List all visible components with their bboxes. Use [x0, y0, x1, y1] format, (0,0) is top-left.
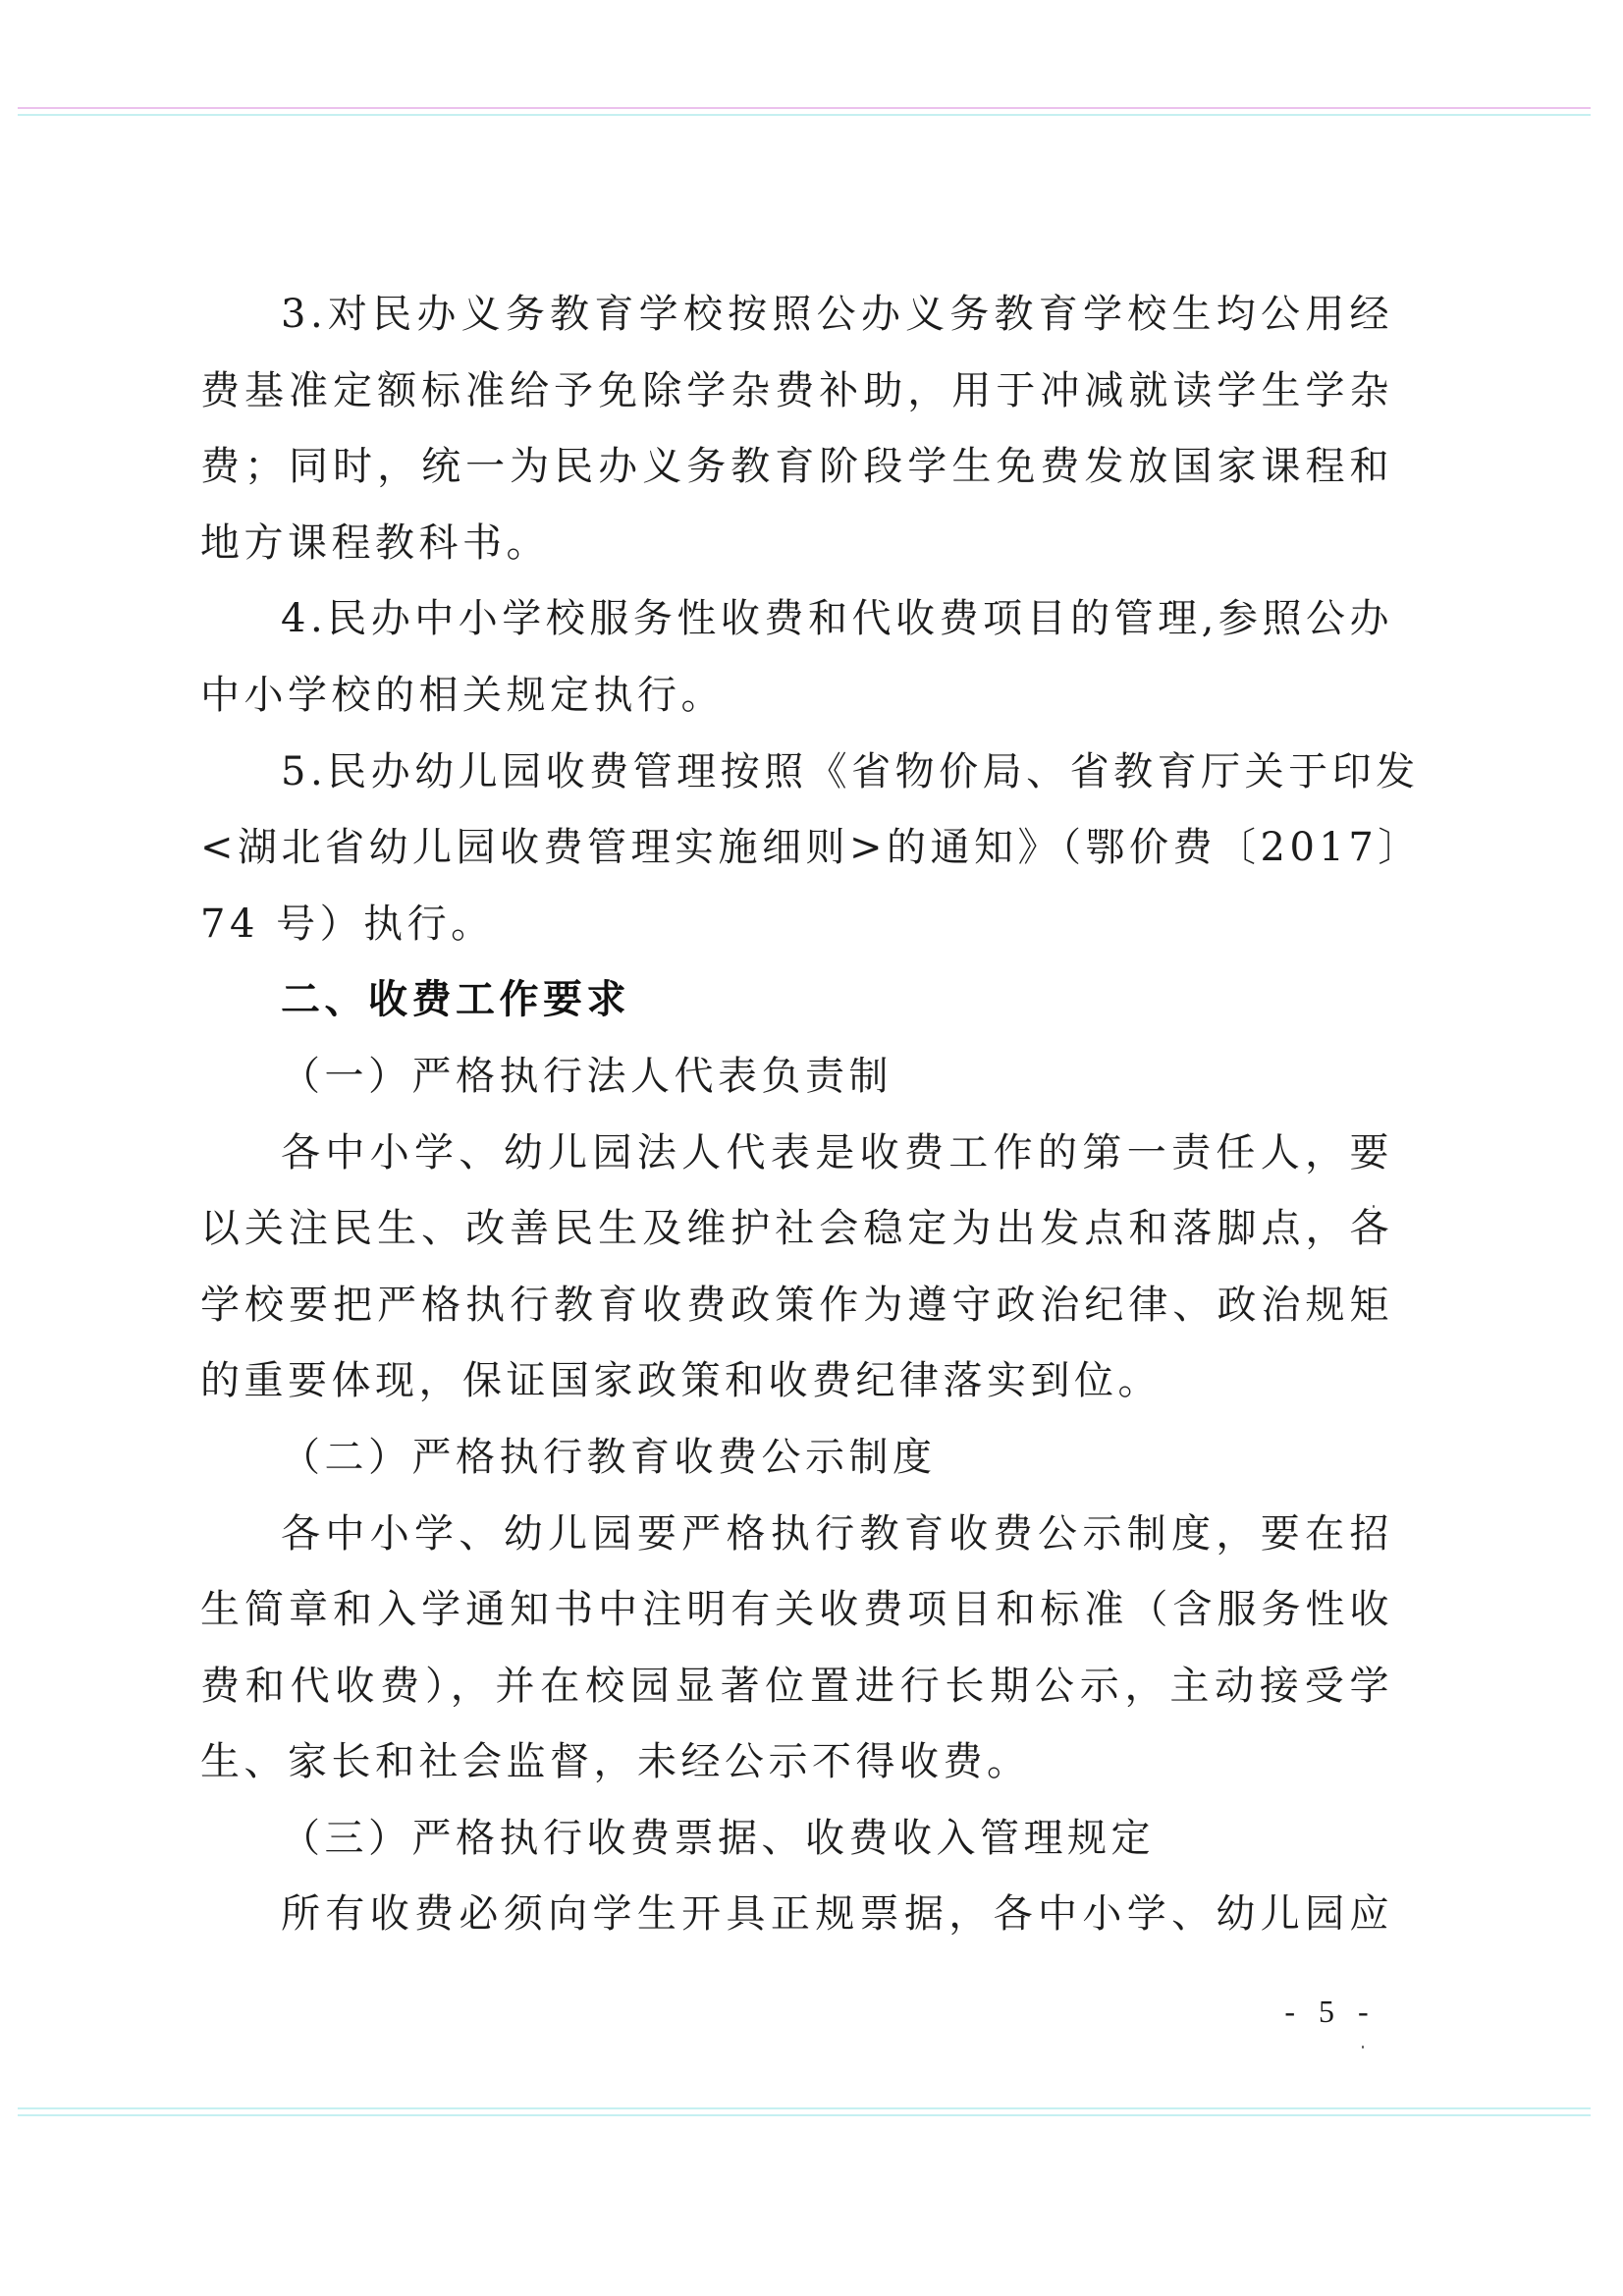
text-line: 的重要体现，保证国家政策和收费纪律落实到位。 — [200, 1343, 1393, 1420]
text-line: 中小学校的相关规定执行。 — [200, 658, 1393, 735]
text-line: 5.民办幼儿园收费管理按照《省物价局、省教育厅关于印发 — [200, 735, 1393, 811]
subsection-heading: （二）严格执行教育收费公示制度 — [200, 1420, 1393, 1497]
bottom-rule-cyan-2 — [18, 2114, 1591, 2116]
text-line: 3.对民办义务教育学校按照公办义务教育学校生均公用经 — [200, 277, 1393, 354]
text-line: 学校要把严格执行教育收费政策作为遵守政治纪律、政治规矩 — [200, 1268, 1393, 1344]
text-line: 所有收费必须向学生开具正规票据，各中小学、幼儿园应 — [200, 1877, 1393, 1953]
text-line: 以关注民生、改善民生及维护社会稳定为出发点和落脚点，各 — [200, 1191, 1393, 1268]
paragraph-subsection-2: 各中小学、幼儿园要严格执行教育收费公示制度，要在招 生简章和入学通知书中注明有关… — [200, 1497, 1393, 1801]
top-rule-pink — [18, 107, 1591, 109]
subsection-heading: （一）严格执行法人代表负责制 — [200, 1039, 1393, 1116]
bottom-rule-cyan — [18, 2107, 1591, 2109]
text-line: 地方课程教科书。 — [200, 506, 1393, 582]
section-heading: 二、收费工作要求 — [200, 962, 1393, 1039]
text-line: 4.民办中小学校服务性收费和代收费项目的管理,参照公办 — [200, 581, 1393, 658]
text-line: 各中小学、幼儿园法人代表是收费工作的第一责任人，要 — [200, 1116, 1393, 1192]
scan-speck — [1362, 2046, 1364, 2049]
text-line: 各中小学、幼儿园要严格执行教育收费公示制度，要在招 — [200, 1497, 1393, 1573]
paragraph-item-3: 3.对民办义务教育学校按照公办义务教育学校生均公用经 费基准定额标准给予免除学杂… — [200, 277, 1393, 581]
text-line: 费和代收费），并在校园显著位置进行长期公示，主动接受学 — [200, 1649, 1393, 1725]
top-rule-cyan — [18, 114, 1591, 116]
text-line: 74 号）执行。 — [200, 887, 1393, 963]
subsection-heading: （三）严格执行收费票据、收费收入管理规定 — [200, 1801, 1393, 1878]
text-line: 生简章和入学通知书中注明有关收费项目和标准（含服务性收 — [200, 1572, 1393, 1649]
paragraph-item-5: 5.民办幼儿园收费管理按照《省物价局、省教育厅关于印发 <湖北省幼儿园收费管理实… — [200, 735, 1393, 963]
page-number: - 5 - — [1276, 1994, 1384, 2030]
text-line: 费基准定额标准给予免除学杂费补助，用于冲减就读学生学杂 — [200, 354, 1393, 430]
paragraph-subsection-3: 所有收费必须向学生开具正规票据，各中小学、幼儿园应 — [200, 1877, 1393, 1953]
text-line: <湖北省幼儿园收费管理实施细则>的通知》（鄂价费〔2017〕 — [200, 810, 1393, 887]
document-body: 3.对民办义务教育学校按照公办义务教育学校生均公用经 费基准定额标准给予免除学杂… — [200, 277, 1393, 1953]
paragraph-subsection-1: 各中小学、幼儿园法人代表是收费工作的第一责任人，要 以关注民生、改善民生及维护社… — [200, 1116, 1393, 1420]
scan-speck — [1373, 1205, 1375, 1208]
text-line: 生、家长和社会监督，未经公示不得收费。 — [200, 1724, 1393, 1801]
text-line: 费；同时，统一为民办义务教育阶段学生免费发放国家课程和 — [200, 429, 1393, 506]
paragraph-item-4: 4.民办中小学校服务性收费和代收费项目的管理,参照公办 中小学校的相关规定执行。 — [200, 581, 1393, 734]
